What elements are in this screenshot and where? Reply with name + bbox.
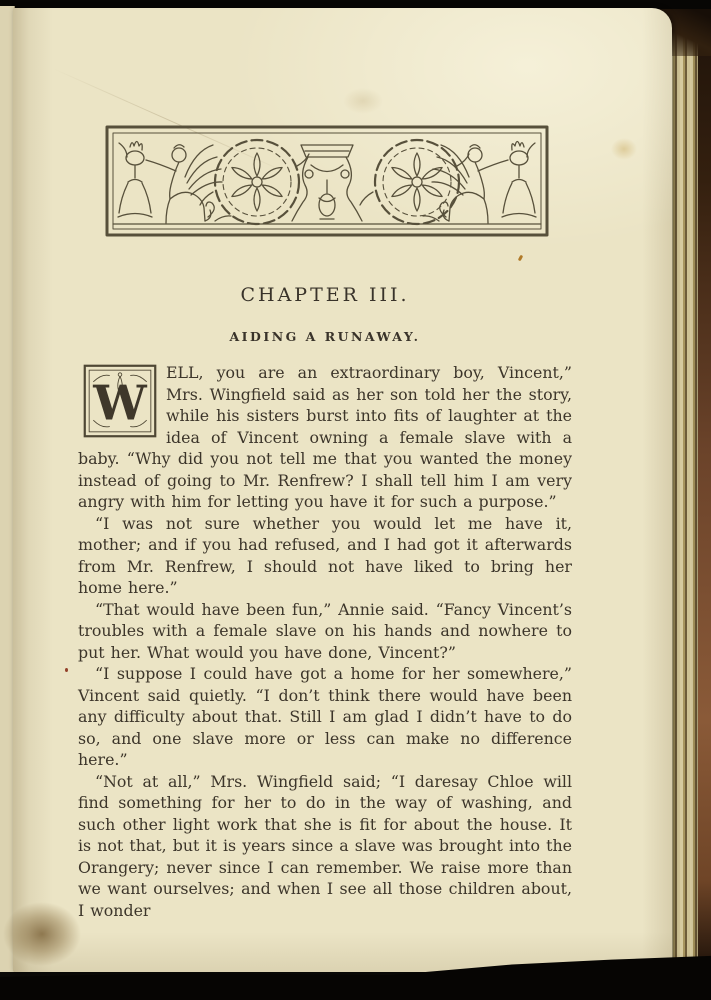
ink-fleck [518, 255, 523, 262]
book-photo-scene: CHAPTER III. AIDING A RUNAWAY. W ELL, yo… [0, 0, 711, 1000]
ink-speck [65, 668, 68, 672]
section-heading: AIDING A RUNAWAY. [78, 329, 572, 344]
paragraph-3: “That would have been fun,” Annie said. … [78, 599, 572, 664]
drop-cap-initial: W [83, 364, 157, 438]
book-page: CHAPTER III. AIDING A RUNAWAY. W ELL, yo… [13, 8, 672, 972]
paragraph-5: “Not at all,” Mrs. Wingfield said; “I da… [78, 771, 572, 922]
paragraph-1: W ELL, you are an extraordinary boy, Vin… [78, 362, 572, 513]
foxing-spot [611, 138, 637, 160]
paragraph-4: “I suppose I could have got a home for h… [78, 663, 572, 771]
corner-stain [3, 902, 81, 966]
body-text: W ELL, you are an extraordinary boy, Vin… [78, 362, 572, 921]
chapter-heading: CHAPTER III. [78, 284, 572, 306]
paragraph-2: “I was not sure whether you would let me… [78, 513, 572, 599]
drop-cap-letter: W [92, 376, 147, 432]
foxing-spot [343, 88, 383, 114]
headpiece-ornament-engraving [105, 125, 549, 237]
